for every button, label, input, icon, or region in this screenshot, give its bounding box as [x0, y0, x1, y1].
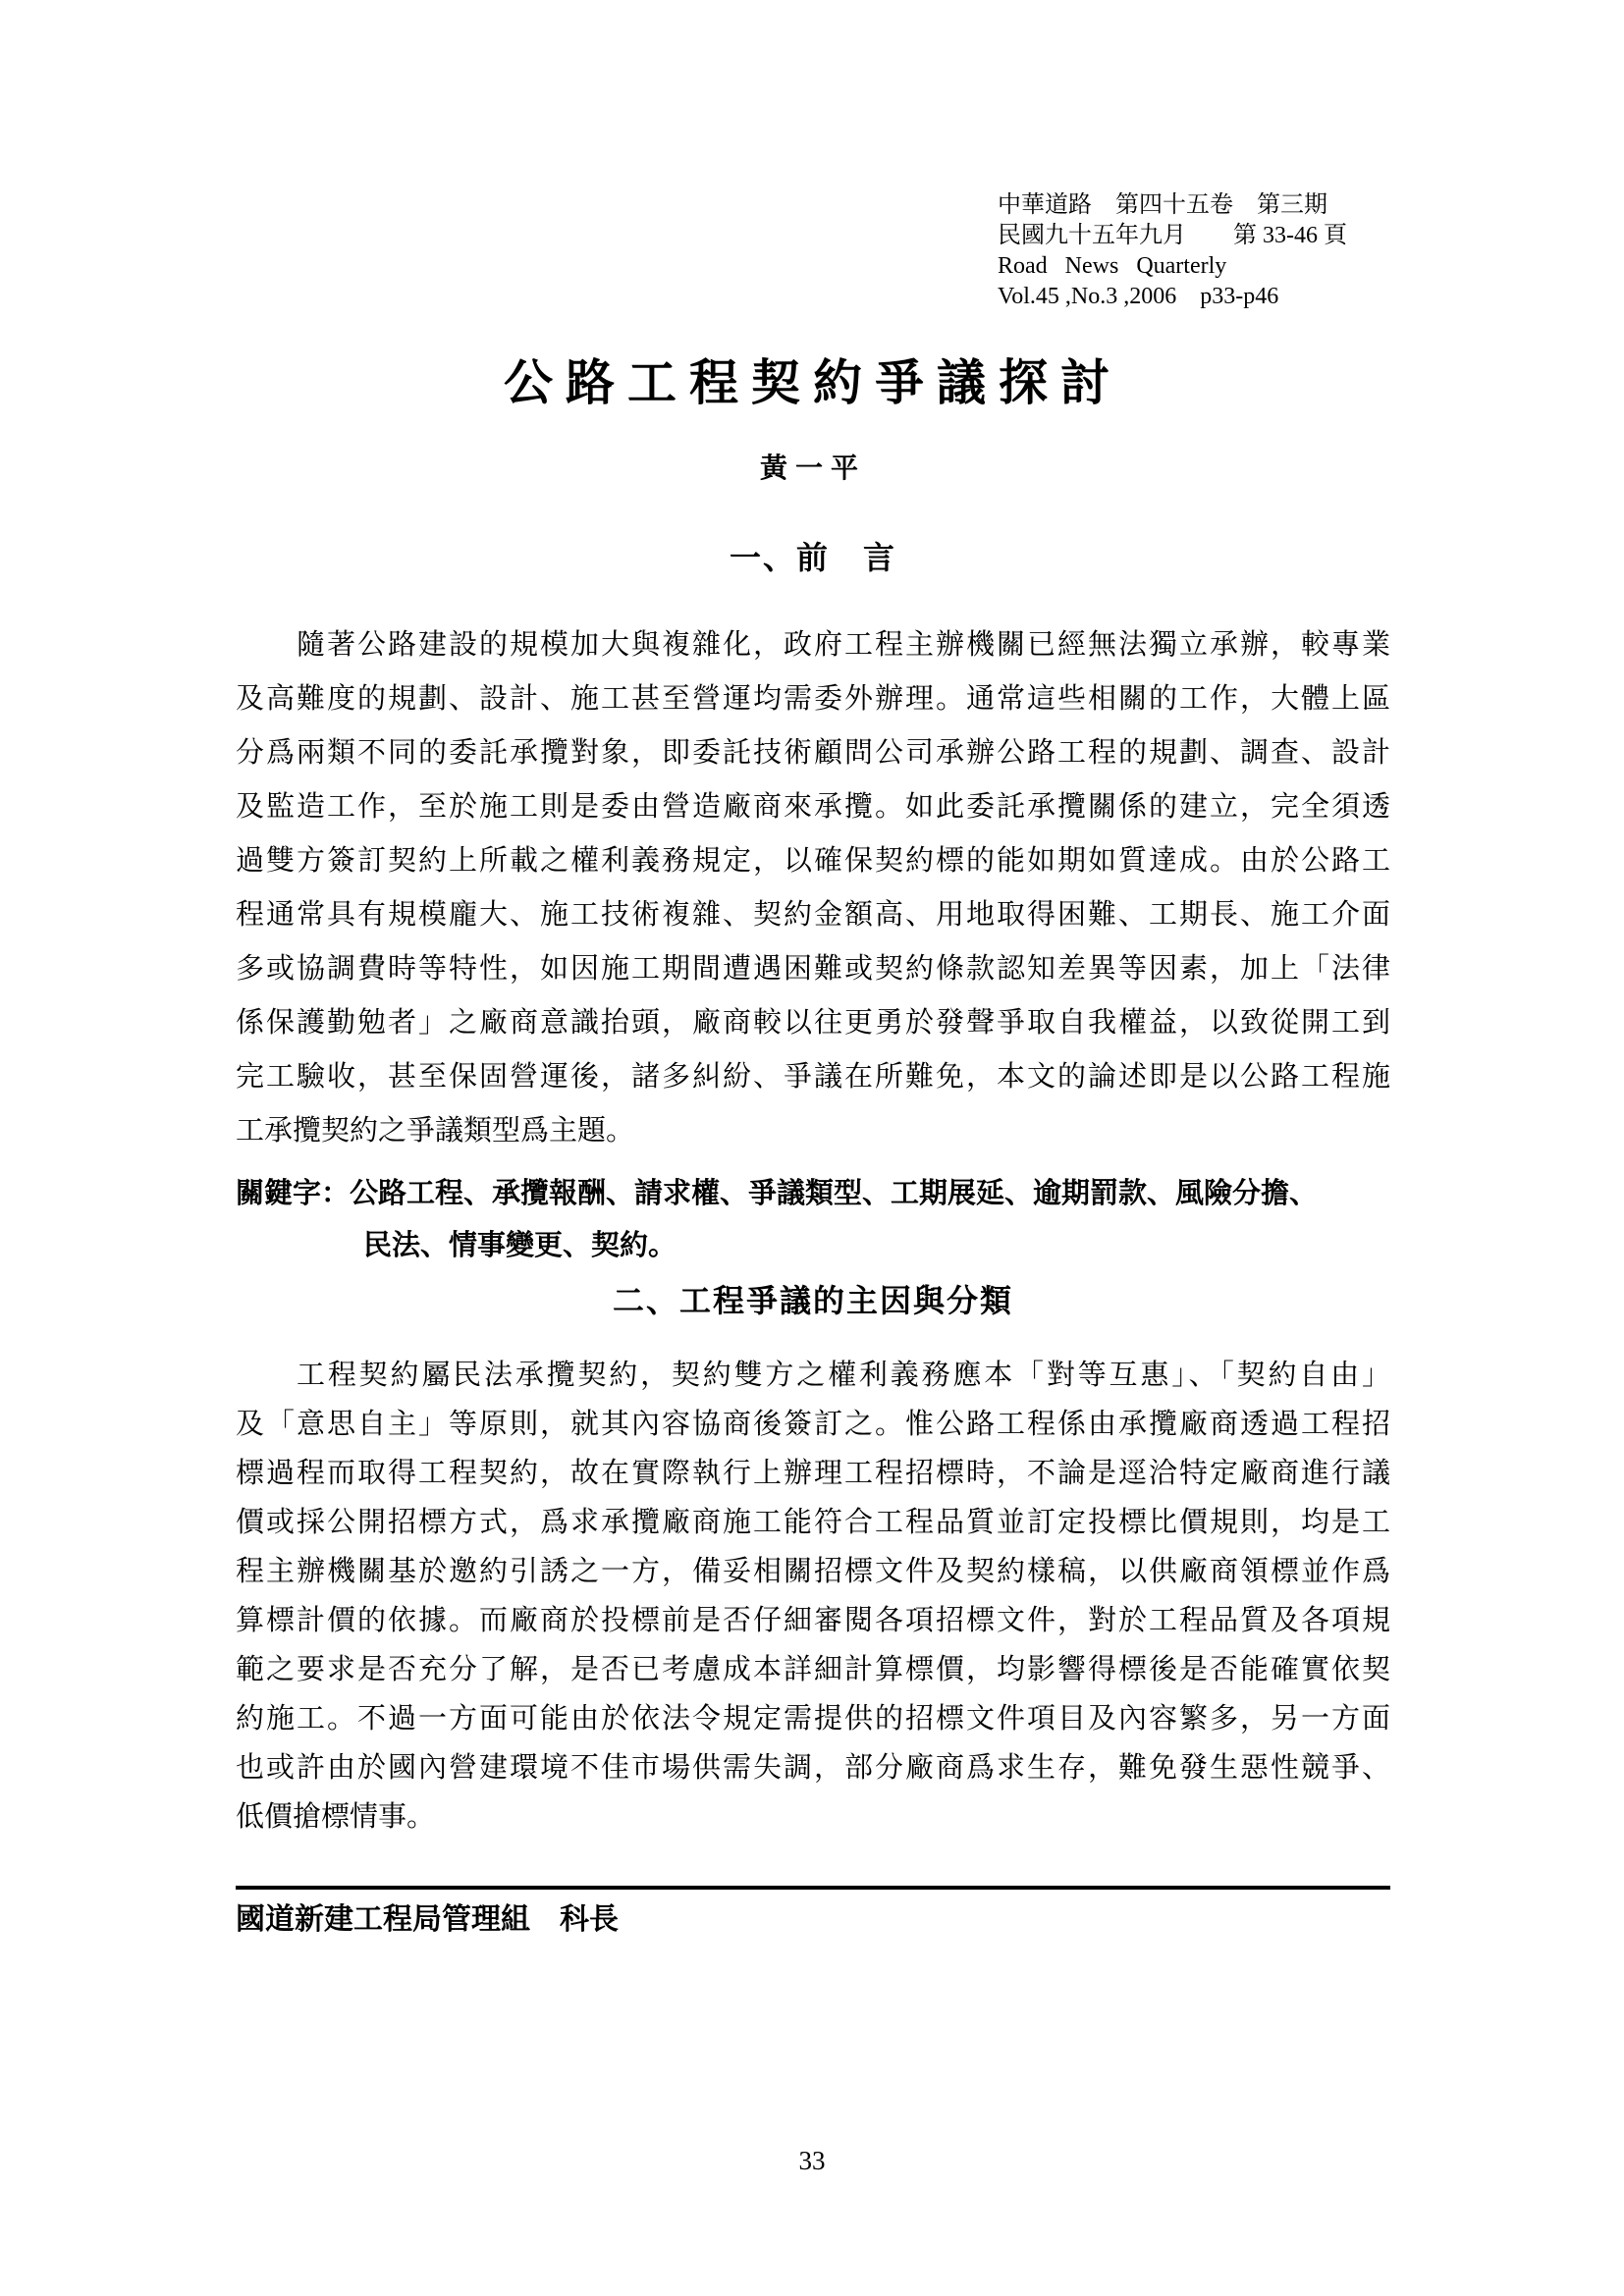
paragraph-line: 範之要求是否充分了解，是否已考慮成本詳細計算標價，均影響得標後是否能確實依契 — [236, 1645, 1390, 1694]
keywords-line-1: 關鍵字：公路工程、承攬報酬、請求權、爭議類型、工期展延、逾期罰款、風險分擔、 — [236, 1168, 1390, 1220]
section-1-heading: 一、前 言 — [236, 533, 1390, 578]
paragraph-line: 價或採公開招標方式，爲求承攬廠商施工能符合工程品質並訂定投標比價規則，均是工 — [236, 1498, 1390, 1547]
section-2-heading: 二、工程爭議的主因與分類 — [236, 1276, 1390, 1321]
intro-paragraph: 隨著公路建設的規模加大與複雜化，政府工程主辦機關已經無法獨立承辦，較專業 及高難… — [236, 618, 1390, 1158]
paragraph-line: 程主辦機關基於邀約引誘之一方，備妥相關招標文件及契約樣稿，以供廠商領標並作爲 — [236, 1547, 1390, 1596]
paragraph-line: 低價搶標情事。 — [236, 1792, 1390, 1842]
paragraph-line: 算標計價的依據。而廠商於投標前是否仔細審閱各項招標文件，對於工程品質及各項規 — [236, 1596, 1390, 1645]
paragraph-line: 工承攬契約之爭議類型爲主題。 — [236, 1104, 1390, 1158]
section-2-paragraph: 工程契約屬民法承攬契約，契約雙方之權利義務應本「對等互惠」、「契約自由」 及「意… — [236, 1351, 1390, 1842]
journal-header-line-volume: 中華道路 第四十五卷 第三期 — [998, 190, 1347, 221]
paragraph-line: 及監造工作，至於施工則是委由營造廠商來承攬。如此委託承攬關係的建立，完全須透 — [236, 780, 1390, 834]
keywords-line-2: 民法、情事變更、契約。 — [236, 1220, 1390, 1272]
paragraph-line: 完工驗收，甚至保固營運後，諸多糾紛、爭議在所難免，本文的論述即是以公路工程施 — [236, 1050, 1390, 1104]
page-number: 33 — [0, 2146, 1624, 2176]
journal-header-line-date-pages: 民國九十五年九月 第 33-46 頁 — [998, 221, 1347, 251]
paragraph-line: 係保護勤勉者」之廠商意識抬頭，廠商較以往更勇於發聲爭取自我權益，以致從開工到 — [236, 996, 1390, 1050]
author-name: 黃一平 — [236, 447, 1390, 486]
journal-header: 中華道路 第四十五卷 第三期 民國九十五年九月 第 33-46 頁 Road N… — [998, 190, 1347, 312]
footnote-divider — [236, 1886, 1390, 1890]
document-page: 中華道路 第四十五卷 第三期 民國九十五年九月 第 33-46 頁 Road N… — [0, 0, 1624, 2296]
paragraph-line: 標過程而取得工程契約，故在實際執行上辦理工程招標時，不論是逕洽特定廠商進行議 — [236, 1449, 1390, 1498]
paragraph-line: 多或協調費時等特性，如因施工期間遭遇困難或契約條款認知差異等因素，加上「法律 — [236, 942, 1390, 996]
paragraph-line: 工程契約屬民法承攬契約，契約雙方之權利義務應本「對等互惠」、「契約自由」 — [236, 1351, 1390, 1400]
paragraph-line: 也或許由於國內營建環境不佳市場供需失調，部分廠商爲求生存，難免發生惡性競爭、 — [236, 1743, 1390, 1792]
paragraph-line: 過雙方簽訂契約上所載之權利義務規定，以確保契約標的能如期如質達成。由於公路工 — [236, 834, 1390, 888]
paragraph-line: 程通常具有規模龐大、施工技術複雜、契約金額高、用地取得困難、工期長、施工介面 — [236, 888, 1390, 942]
footnote-text: 國道新建工程局管理組 科長 — [236, 1895, 619, 1938]
article-title: 公路工程契約爭議探討 — [236, 344, 1390, 414]
journal-header-line-english-name: Road News Quarterly — [998, 251, 1347, 282]
journal-header-line-english-volume: Vol.45 ,No.3 ,2006 p33-p46 — [998, 282, 1347, 312]
paragraph-line: 及「意思自主」等原則，就其內容協商後簽訂之。惟公路工程係由承攬廠商透過工程招 — [236, 1400, 1390, 1449]
paragraph-line: 約施工。不過一方面可能由於依法令規定需提供的招標文件項目及內容繁多，另一方面 — [236, 1694, 1390, 1743]
paragraph-line: 分爲兩類不同的委託承攬對象，即委託技術顧問公司承辦公路工程的規劃、調查、設計 — [236, 726, 1390, 780]
paragraph-line: 隨著公路建設的規模加大與複雜化，政府工程主辦機關已經無法獨立承辦，較專業 — [236, 618, 1390, 672]
keywords-block: 關鍵字：公路工程、承攬報酬、請求權、爭議類型、工期展延、逾期罰款、風險分擔、 民… — [236, 1168, 1390, 1272]
paragraph-line: 及高難度的規劃、設計、施工甚至營運均需委外辦理。通常這些相關的工作，大體上區 — [236, 672, 1390, 726]
